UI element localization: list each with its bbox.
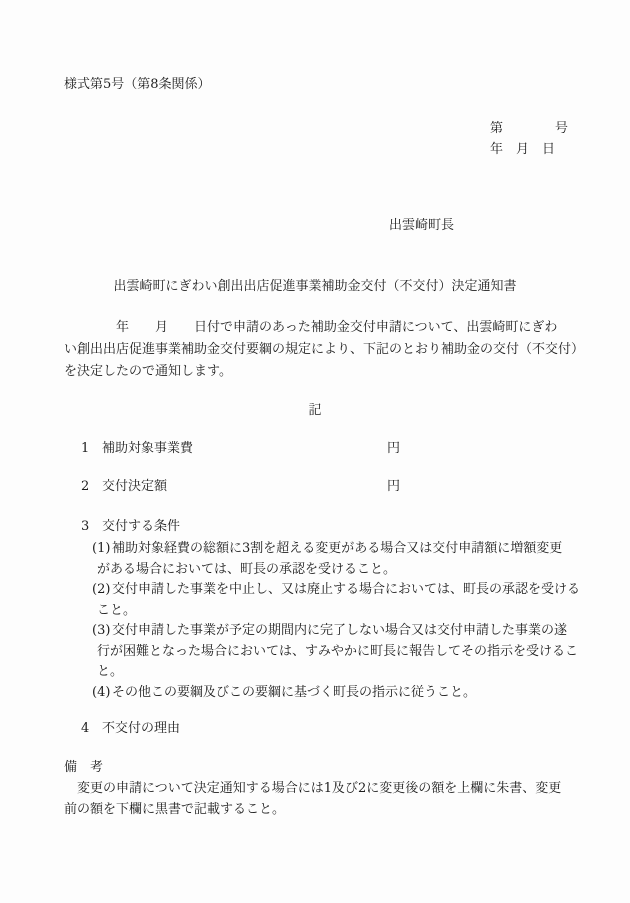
item-number: 3: [81, 517, 89, 537]
item-row-2: 2 交付決定額 円: [0, 477, 630, 497]
document-page: 様式第5号（第8条関係） 第 号 年 月 日 出雲崎町長 出雲崎町にぎわい創出出…: [0, 0, 630, 903]
item-label: 交付決定額: [102, 477, 167, 497]
condition-line: 交付申請した事業が予定の期間内に完了しない場合又は交付申請した事業の遂: [112, 621, 567, 641]
remarks-line: 前の額を下欄に黒書で記載すること。: [64, 800, 285, 820]
condition-line: こと。: [97, 601, 136, 621]
form-label: 様式第5号（第8条関係）: [64, 75, 211, 95]
item-row-1: 1 補助対象事業費 円: [0, 439, 630, 459]
item-number: 4: [81, 719, 89, 739]
condition-marker: (4): [92, 683, 110, 703]
item-label: 交付する条件: [102, 517, 180, 537]
body-line: を決定したので通知します。: [64, 362, 232, 382]
item-row-3: 3 交付する条件: [0, 517, 630, 537]
condition-marker: (1): [92, 539, 110, 559]
remarks-label: 備 考: [64, 758, 103, 778]
condition-line: がある場合においては、町長の承認を受けること。: [97, 560, 396, 580]
item-unit: 円: [387, 477, 400, 497]
item-number: 1: [81, 439, 89, 459]
item-label: 補助対象事業費: [102, 439, 193, 459]
body-line: 年 月 日付で申請のあった補助金交付申請について、出雲崎町にぎわ: [64, 318, 557, 338]
item-number: 2: [81, 477, 89, 497]
item-label: 不交付の理由: [102, 719, 180, 739]
condition-line: と。: [97, 662, 123, 682]
remarks-line: 変更の申請について決定通知する場合には1及び2に変更後の額を上欄に朱書、変更: [64, 779, 561, 799]
condition-line: 交付申請した事業を中止し、又は廃止する場合においては、町長の承認を受ける: [112, 580, 580, 600]
item-unit: 円: [387, 439, 400, 459]
document-title: 出雲崎町にぎわい創出出店促進事業補助金交付（不交付）決定通知書: [0, 277, 630, 297]
item-row-4: 4 不交付の理由: [0, 719, 630, 739]
condition-line: 補助対象経費の総額に3割を超える変更がある場合又は交付申請額に増額変更: [112, 539, 562, 559]
condition-line: 行が困難となった場合においては、すみやかに町長に報告してその指示を受けるこ: [97, 642, 578, 662]
condition-marker: (3): [92, 621, 110, 641]
condition-marker: (2): [92, 580, 110, 600]
document-number-line: 第 号: [490, 119, 568, 139]
body-line: い創出出店促進事業補助金交付要綱の規定により、下記のとおり補助金の交付（不交付）: [64, 340, 584, 360]
condition-line: その他この要綱及びこの要綱に基づく町長の指示に従うこと。: [112, 683, 476, 703]
date-line: 年 月 日: [490, 140, 555, 160]
record-marker: 記: [0, 401, 630, 421]
addressee: 出雲崎町長: [389, 216, 454, 236]
